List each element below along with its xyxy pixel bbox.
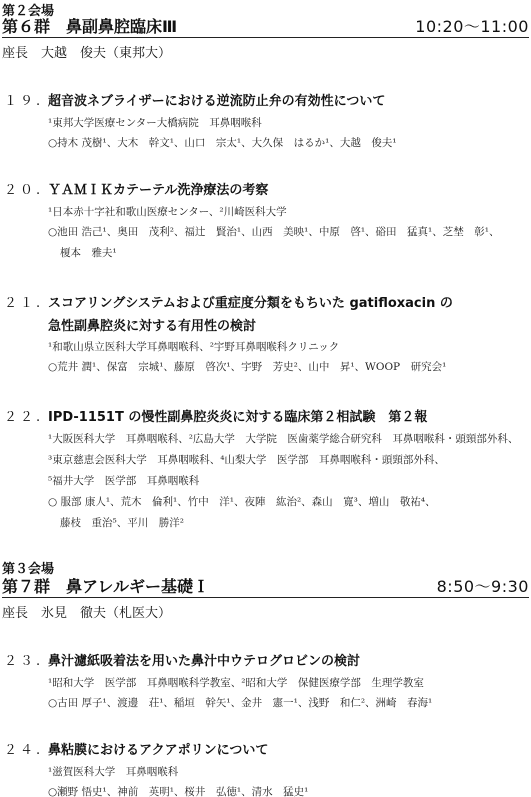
paper-authors: ○持木 茂樹¹、大木 幹文¹、山口 宗太¹、大久保 はるか¹、大越 俊夫¹ bbox=[48, 135, 397, 150]
paper-affiliation: ¹昭和大学 医学部 耳鼻咽喉科学教室、²昭和大学 保健医療学部 生理学教室 bbox=[48, 675, 424, 690]
paper-affiliation: ¹日本赤十字社和歌山医療センター、²川崎医科大学 bbox=[48, 204, 287, 219]
paper-title: IPD-1151T の慢性副鼻腔炎炎に対する臨床第２相試験 第２報 bbox=[48, 406, 427, 425]
paper-affiliation: ¹滋賀医科大学 耳鼻咽喉科 bbox=[48, 764, 178, 779]
group-title-bar: 第６群 鼻副鼻腔臨床Ⅲ 10:20～11:00 bbox=[2, 16, 529, 38]
group-name: 第６群 鼻副鼻腔臨床Ⅲ bbox=[2, 16, 177, 37]
paper-authors: ○古田 厚子¹、渡邊 荘¹、稲垣 幹矢¹、金井 憲一¹、浅野 和仁²、洲崎 春海… bbox=[48, 695, 432, 710]
group-time: 8:50～9:30 bbox=[437, 576, 529, 597]
paper-title: 超音波ネブライザーにおける逆流防止弁の有効性について bbox=[48, 90, 385, 109]
paper-authors: ○池田 浩己¹、奥田 茂利²、福辻 賢治¹、山西 美映¹、中原 啓¹、硲田 猛真… bbox=[48, 224, 499, 239]
venue-label: 第３会場 bbox=[2, 558, 54, 577]
paper-title: ＹＡＭＩＫカテーテル洗浄療法の考察 bbox=[48, 179, 268, 198]
group-time: 10:20～11:00 bbox=[415, 16, 529, 37]
paper-number: １９. bbox=[4, 90, 43, 109]
paper-authors: ○瀬野 悟史¹、神前 英明¹、桜井 弘徳¹、清水 猛史¹ bbox=[48, 784, 308, 797]
paper-affiliation: ¹大阪医科大学 耳鼻咽喉科、²広島大学 大学院 医歯薬学総合研究科 耳鼻咽喉科・… bbox=[48, 431, 518, 446]
paper-authors-continued: 藤枝 重治⁵、平川 勝洋² bbox=[60, 515, 184, 530]
paper-number: ２０. bbox=[4, 179, 43, 198]
chair-label: 座長 氷見 徹夫（札医大） bbox=[2, 602, 171, 621]
paper-number: ２４. bbox=[4, 739, 43, 758]
group-title-bar: 第７群 鼻アレルギー基礎Ｉ 8:50～9:30 bbox=[2, 576, 529, 598]
paper-affiliation-continued: ⁵福井大学 医学部 耳鼻咽喉科 bbox=[48, 473, 199, 488]
paper-title: スコアリングシステムおよび重症度分類をもちいた gatifloxacin の bbox=[48, 292, 453, 311]
chair-label: 座長 大越 俊夫（東邦大） bbox=[2, 42, 171, 61]
paper-affiliation-continued: ³東京慈恵会医科大学 耳鼻咽喉科、⁴山梨大学 医学部 耳鼻咽喉科・頭頸部外科、 bbox=[48, 452, 445, 467]
paper-authors: ○荒井 潤¹、保富 宗城¹、藤原 啓次¹、宇野 芳史²、山中 昇¹、WOOP 研… bbox=[48, 359, 446, 374]
paper-authors: ○ 服部 康人¹、荒木 倫利¹、竹中 洋¹、夜陣 紘治²、森山 寛³、増山 敬祐… bbox=[48, 494, 436, 509]
paper-authors-continued: 榎本 雅夫¹ bbox=[60, 245, 117, 260]
paper-title: 鼻粘膜におけるアクアポリンについて bbox=[48, 739, 268, 758]
paper-title: 鼻汁濾紙吸着法を用いた鼻汁中ウテログロビンの検討 bbox=[48, 650, 360, 669]
paper-number: ２３. bbox=[4, 650, 43, 669]
group-name: 第７群 鼻アレルギー基礎Ｉ bbox=[2, 576, 209, 597]
paper-number: ２２. bbox=[4, 406, 43, 425]
paper-affiliation: ¹東邦大学医療センター大橋病院 耳鼻咽喉科 bbox=[48, 115, 262, 130]
paper-title-continued: 急性副鼻腔炎に対する有用性の検討 bbox=[48, 315, 256, 334]
paper-affiliation: ¹和歌山県立医科大学耳鼻咽喉科、²宇野耳鼻咽喉科クリニック bbox=[48, 339, 339, 354]
paper-number: ２１. bbox=[4, 292, 43, 311]
